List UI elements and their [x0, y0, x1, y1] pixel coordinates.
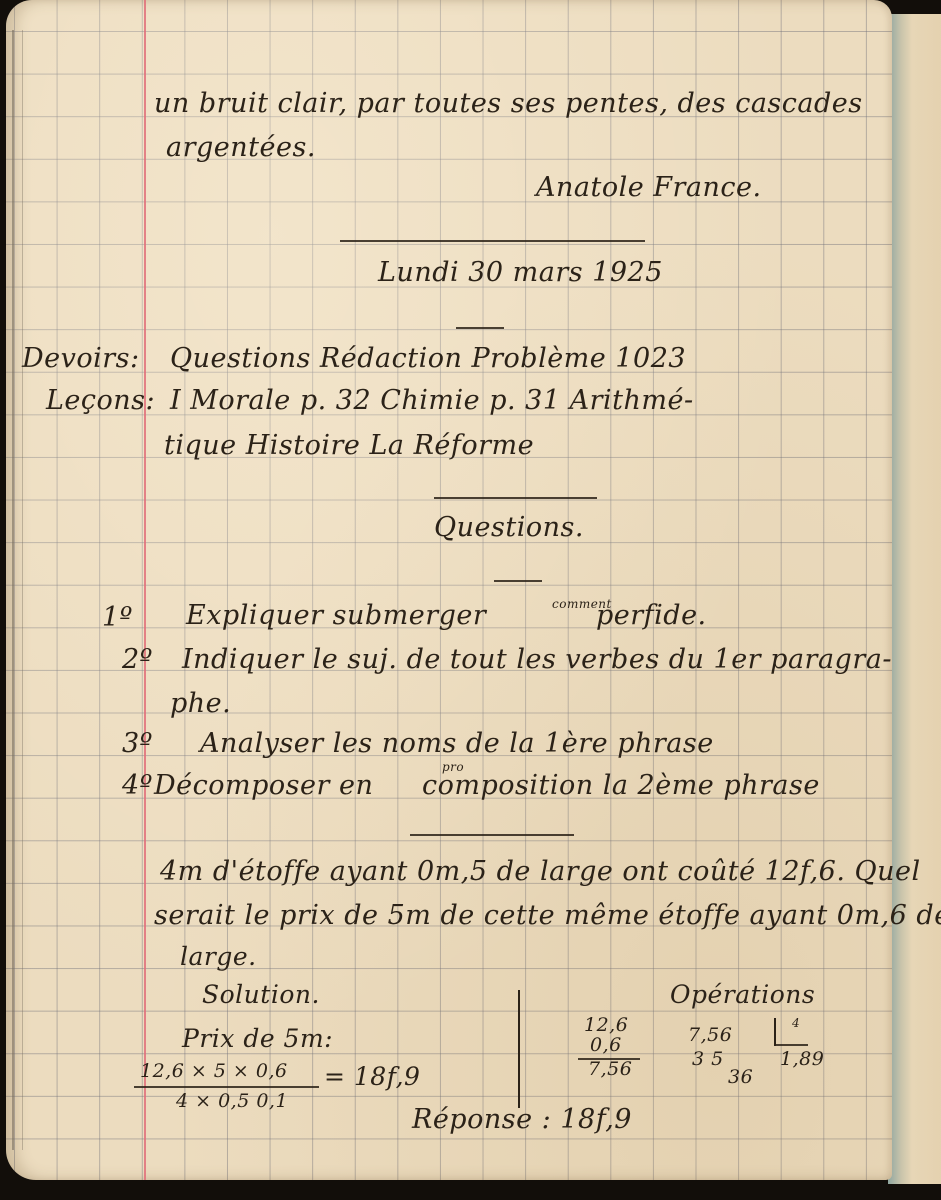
question-4-text: Décomposer en: [154, 770, 373, 801]
problem-line-2: serait le prix de 5m de cette même étoff…: [154, 900, 941, 931]
scan-scene: un bruit clair, par toutes ses pentes, d…: [0, 0, 941, 1200]
answer-line: Réponse : 18f,9: [412, 1104, 632, 1135]
page-edge-stack: [12, 30, 23, 1150]
dictation-line-1: un bruit clair, par toutes ses pentes, d…: [154, 88, 863, 119]
separator-rule: [340, 240, 645, 242]
division-remainder-2: 36: [728, 1066, 753, 1088]
question-4-text-after: composition la 2ème phrase: [422, 770, 820, 801]
dictation-author: Anatole France.: [536, 172, 762, 203]
fraction-bar: [134, 1086, 319, 1088]
division-quotient: 1,89: [780, 1048, 824, 1070]
questions-heading: Questions.: [434, 512, 584, 543]
problem-line-3: large.: [180, 942, 257, 971]
notebook-page: un bruit clair, par toutes ses pentes, d…: [6, 0, 892, 1180]
short-separator: [456, 327, 504, 329]
division-remainder-1: 3 5: [692, 1048, 724, 1070]
question-2-text: Indiquer le suj. de tout les verbes du 1…: [182, 644, 892, 675]
division-bracket-horizontal: [774, 1044, 808, 1046]
question-3-number: 3º: [122, 728, 153, 759]
lecons-label: Leçons:: [46, 385, 155, 416]
prix-label: Prix de 5m:: [182, 1024, 333, 1053]
question-4-number: 4º: [122, 770, 153, 801]
separator-rule: [434, 497, 597, 499]
question-2-number: 2º: [122, 644, 153, 675]
devoirs-label: Devoirs:: [22, 343, 140, 374]
solution-operations-divider: [518, 990, 520, 1108]
fraction-denominator: 4 × 0,5 0,1: [176, 1090, 288, 1112]
separator-rule: [410, 834, 574, 836]
question-2-continued: phe.: [170, 688, 231, 719]
multiplication-operand-b: 0,6: [590, 1034, 622, 1056]
lecons-text-continued: tique Histoire La Réforme: [164, 430, 534, 461]
problem-line-1: 4m d'étoffe ayant 0m,5 de large ont coût…: [160, 856, 921, 887]
multiplication-operand-a: 12,6: [584, 1014, 628, 1036]
red-margin-line: [144, 0, 146, 1180]
division-bracket-vertical: [774, 1018, 776, 1046]
division-divisor: 4: [792, 1016, 800, 1030]
lecons-text: I Morale p. 32 Chimie p. 31 Arithmé-: [170, 385, 694, 416]
question-1-text: Expliquer submerger: [186, 600, 486, 631]
date-heading: Lundi 30 mars 1925: [378, 257, 663, 288]
multiplication-result: 7,56: [588, 1058, 632, 1080]
solution-label: Solution.: [202, 980, 320, 1009]
operations-label: Opérations: [670, 980, 815, 1009]
devoirs-text: Questions Rédaction Problème 1023: [170, 343, 686, 374]
dictation-line-2: argentées.: [166, 132, 316, 163]
fraction-result: = 18f,9: [324, 1062, 420, 1091]
question-1-text-after: perfide.: [596, 600, 707, 631]
fraction-numerator: 12,6 × 5 × 0,6: [140, 1060, 288, 1082]
division-dividend: 7,56: [688, 1024, 732, 1046]
adjacent-page-edge: [888, 14, 941, 1184]
question-1-number: 1º: [102, 602, 133, 633]
short-separator: [494, 580, 542, 582]
question-3-text: Analyser les noms de la 1ère phrase: [200, 728, 714, 759]
